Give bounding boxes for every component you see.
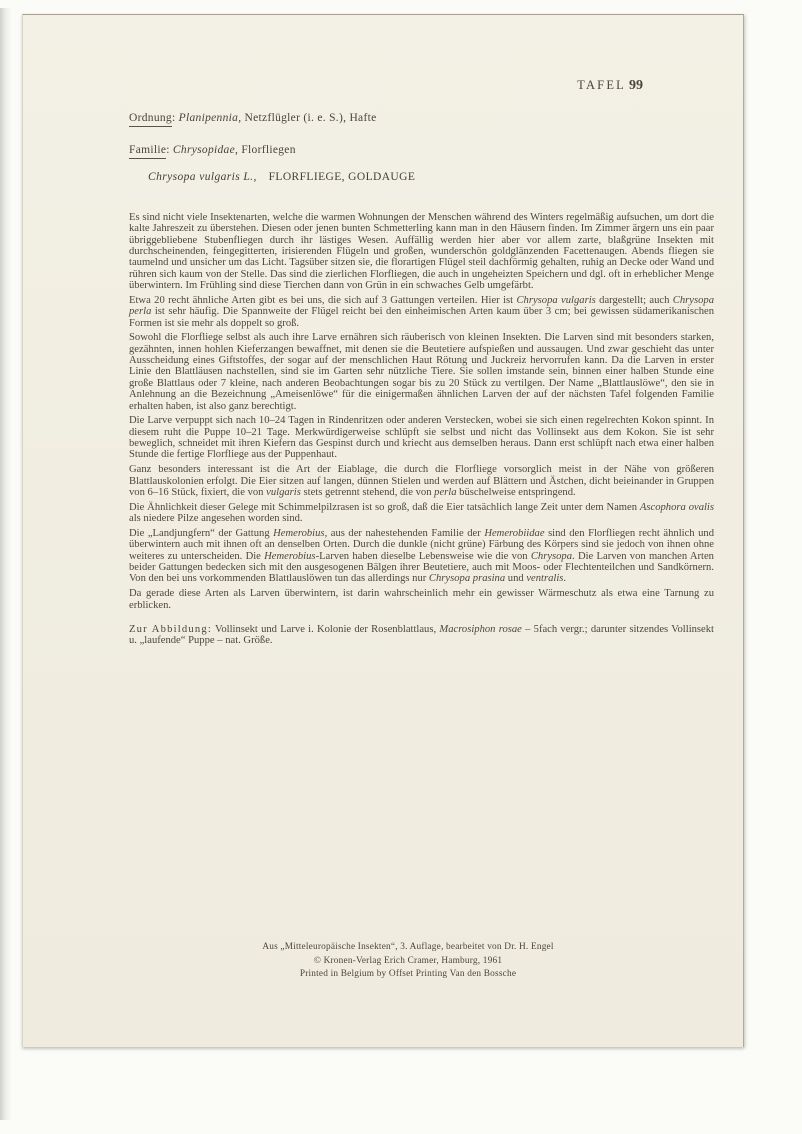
body-paragraph: Sowohl die Florfliege selbst als auch ih… bbox=[129, 332, 714, 411]
body-text-column: Es sind nicht viele Insektenarten, welch… bbox=[129, 212, 714, 650]
species-title: Chrysopa vulgaris L., FLORFLIEGE, GOLDAU… bbox=[148, 171, 415, 183]
body-paragraph: Die „Landjungfern“ der Gattung Hemerobiu… bbox=[129, 528, 714, 585]
body-paragraph: Ganz besonders interessant ist die Art d… bbox=[129, 464, 714, 498]
imprint-line-printer: Printed in Belgium by Offset Printing Va… bbox=[73, 968, 743, 982]
familie-line: Familie: Chrysopidae, Florfliegen bbox=[129, 144, 296, 156]
imprint-block: Aus „Mitteleuropäische Insekten“, 3. Auf… bbox=[73, 941, 743, 982]
body-paragraph: Die Larve verpuppt sich nach 10–24 Tagen… bbox=[129, 415, 714, 460]
imprint-line-source: Aus „Mitteleuropäische Insekten“, 3. Auf… bbox=[73, 941, 743, 955]
body-paragraph: Die Ähnlichkeit dieser Gelege mit Schimm… bbox=[129, 502, 714, 525]
ordnung-line: Ordnung: Planipennia, Netzflügler (i. e.… bbox=[129, 112, 377, 124]
caption-text: Vollinsekt und Larve i. Kolonie der Rose… bbox=[129, 624, 714, 646]
scan-canvas: TAFEL99 Ordnung: Planipennia, Netzflügle… bbox=[0, 0, 802, 1134]
body-paragraph: Da gerade diese Arten als Larven überwin… bbox=[129, 588, 714, 611]
figure-caption: Zur Abbildung: Vollinsekt und Larve i. K… bbox=[129, 624, 714, 647]
tafel-label: TAFEL bbox=[577, 78, 626, 92]
familie-text: : Chrysopidae, Florfliegen bbox=[166, 144, 296, 156]
ordnung-text: : Planipennia, Netzflügler (i. e. S.), H… bbox=[172, 112, 377, 124]
caption-label: Zur Abbildung: bbox=[129, 624, 212, 635]
plate-heading: TAFEL99 bbox=[577, 78, 643, 94]
familie-label: Familie bbox=[129, 144, 166, 159]
scanner-edge-shadow bbox=[0, 8, 16, 1120]
ordnung-label: Ordnung bbox=[129, 112, 172, 127]
imprint-line-copyright: © Kronen-Verlag Erich Cramer, Hamburg, 1… bbox=[73, 955, 743, 969]
tafel-number: 99 bbox=[629, 78, 643, 93]
book-page: TAFEL99 Ordnung: Planipennia, Netzflügle… bbox=[22, 14, 744, 1047]
body-paragraph: Es sind nicht viele Insektenarten, welch… bbox=[129, 212, 714, 291]
body-paragraph: Etwa 20 recht ähnliche Arten gibt es bei… bbox=[129, 295, 714, 329]
